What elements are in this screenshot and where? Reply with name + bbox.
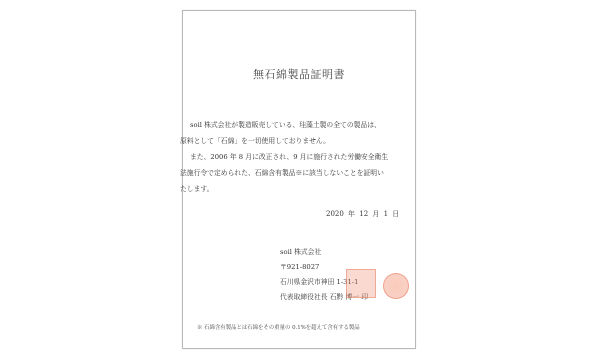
company-name: soil 株式会社 [280,245,368,260]
paragraph-line-2: 原料として「石綿」を一切使用しておりません。 [180,133,416,149]
paragraph-line-1: soil 株式会社が製造販売している、珪藻土製の全ての製品は、 [180,117,416,133]
issue-date: 2020 年 12 月 1 日 [326,209,399,219]
document-body: soil 株式会社が製造販売している、珪藻土製の全ての製品は、 原料として「石綿… [180,117,416,197]
certificate-page: 無石綿製品証明書 soil 株式会社が製造販売している、珪藻土製の全ての製品は、… [182,10,416,349]
paragraph-line-4: 法施行令で定められた、石綿含有製品※に該当しないことを証明い [180,165,416,181]
footnote: ※ 石綿含有製品とは石綿をその重量の 0.1%を超えて含有する製品 [197,323,360,331]
paragraph-line-5: たします。 [180,181,416,197]
company-seal-square-icon [346,269,376,298]
personal-seal-round-icon [383,273,409,299]
paragraph-line-3: また、2006 年 8 月に改正され、9 月に施行された労働安全衛生 [180,149,416,165]
document-title: 無石綿製品証明書 [183,66,415,82]
